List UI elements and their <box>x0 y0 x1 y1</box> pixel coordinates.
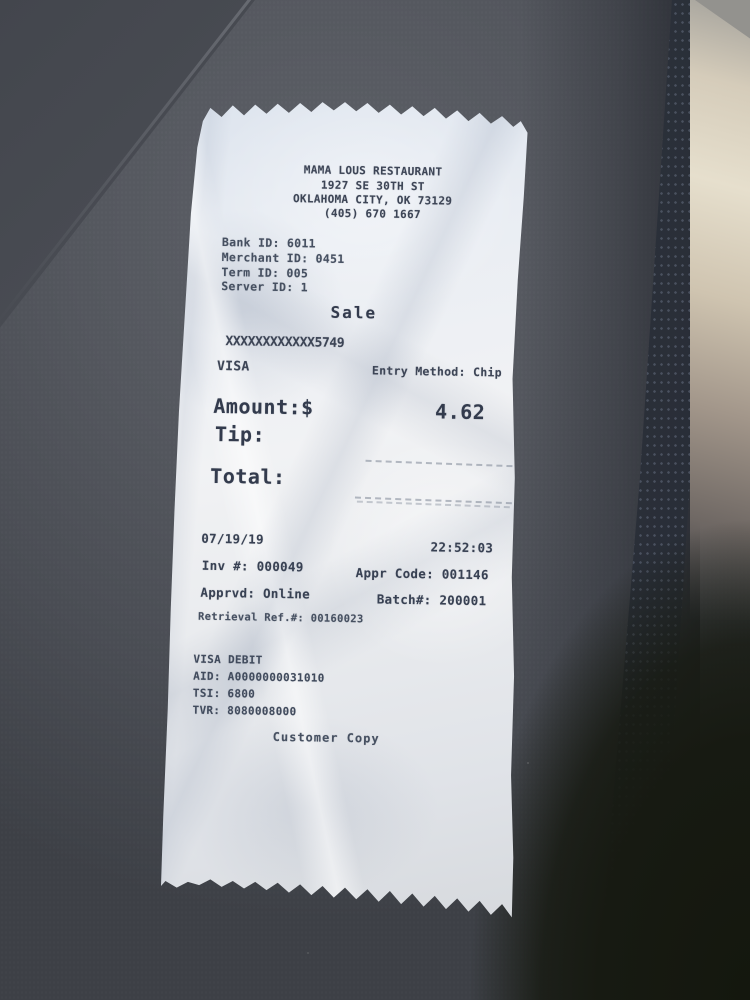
receipt-text: MAMA LOUS RESTAURANT 1927 SE 30TH ST OKL… <box>151 95 538 927</box>
batch-number: Batch#: 200001 <box>377 592 487 609</box>
tip-label: Tip: <box>215 422 266 447</box>
card-brand: VISA <box>217 359 250 375</box>
amount-value: 4.62 <box>435 399 486 424</box>
entry-method: Entry Method: Chip <box>372 363 502 379</box>
transaction-type: Sale <box>167 300 541 325</box>
card-product: VISA DEBIT <box>193 651 262 669</box>
server-id: Server ID: 1 <box>221 279 308 295</box>
approval-code: Appr Code: 001146 <box>356 565 489 582</box>
approved-status: Apprvd: Online <box>200 585 310 602</box>
transaction-time: 22:52:03 <box>430 539 493 555</box>
emv-tvr: TVR: 8080008000 <box>192 702 296 721</box>
invoice-number: Inv #: 000049 <box>202 558 304 575</box>
receipt: MAMA LOUS RESTAURANT 1927 SE 30TH ST OKL… <box>158 98 532 924</box>
retrieval-ref: Retrieval Ref.#: 00160023 <box>198 611 364 626</box>
emv-tsi: TSI: 6800 <box>193 685 256 703</box>
car-interior-photo: MAMA LOUS RESTAURANT 1927 SE 30TH ST OKL… <box>0 0 750 1000</box>
total-label: Total: <box>210 464 286 489</box>
emv-aid: AID: A0000000031010 <box>193 668 325 687</box>
tip-signature-line <box>366 460 513 467</box>
card-number: XXXXXXXXXXXX5749 <box>225 334 344 351</box>
customer-copy-label: Customer Copy <box>139 728 513 748</box>
bank-id: Bank ID: 6011 <box>222 235 316 251</box>
transaction-date: 07/19/19 <box>201 531 264 547</box>
amount-label: Amount:$ <box>213 394 314 420</box>
